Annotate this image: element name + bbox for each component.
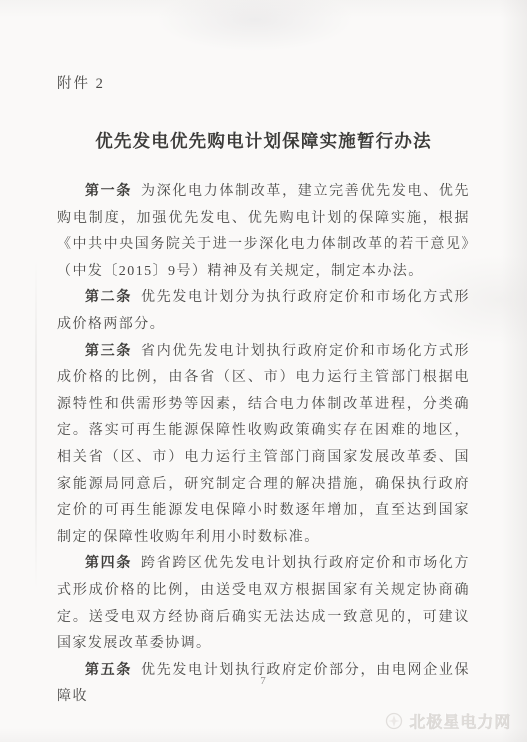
- article-paragraph-1: 第一条为深化电力体制改革，建立完善优先发电、优先购电制度，加强优先发电、优先购电…: [57, 179, 470, 285]
- document-body: 第一条为深化电力体制改革，建立完善优先发电、优先购电制度，加强优先发电、优先购电…: [57, 179, 470, 711]
- watermark: 北极星电力网: [384, 709, 511, 732]
- document-title: 优先发电优先购电计划保障实施暂行办法: [0, 128, 527, 153]
- article-paragraph-4: 第四条跨省跨区优先发电计划执行政府定价和市场化方式形成价格的比例，由送受电双方根…: [57, 551, 470, 657]
- article-text-3: 省内优先发电计划执行政府定价和市场化方式形成价格的比例，由各省（区、市）电力运行…: [57, 344, 470, 545]
- article-paragraph-2: 第二条优先发电计划分为执行政府定价和市场化方式形成价格两部分。: [57, 285, 470, 338]
- article-label-3: 第三条: [85, 344, 132, 359]
- compass-star-logo-icon: [384, 711, 404, 731]
- page-number: 7: [0, 675, 527, 687]
- scan-fold-artifact: [35, 260, 37, 590]
- article-paragraph-3: 第三条省内优先发电计划执行政府定价和市场化方式形成价格的比例，由各省（区、市）电…: [57, 339, 470, 552]
- scanned-document-page: 附件 2 优先发电优先购电计划保障实施暂行办法 第一条为深化电力体制改革，建立完…: [0, 0, 527, 742]
- attachment-label: 附件 2: [57, 72, 105, 93]
- article-label-4: 第四条: [85, 556, 132, 571]
- article-label-1: 第一条: [85, 184, 132, 199]
- watermark-text: 北极星电力网: [409, 709, 511, 732]
- article-label-2: 第二条: [85, 290, 132, 305]
